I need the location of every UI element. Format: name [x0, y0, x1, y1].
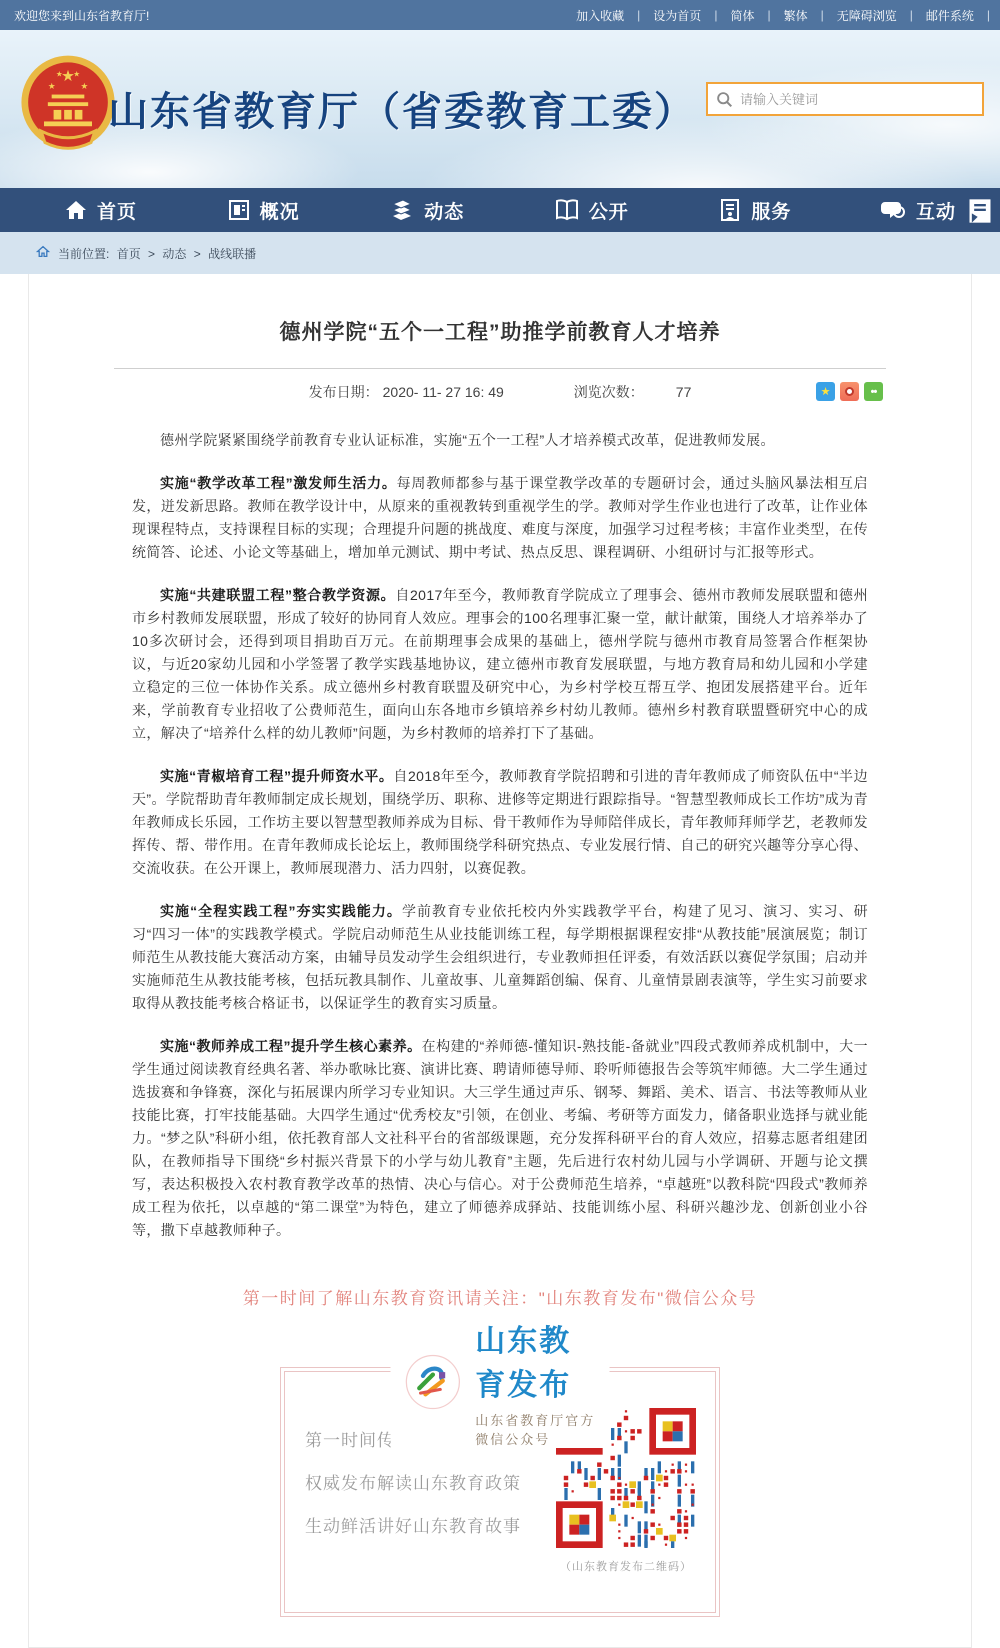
wechat-account-logo: 山东教育发布 山东省教育厅官方微信公众号: [391, 1316, 610, 1448]
promo-logo-subtitle: 山东省教育厅官方微信公众号: [475, 1410, 595, 1448]
promo-slogans: 第一时间传递山东教育资讯 权威发布解读山东教育政策 生动鲜活讲好山东教育故事: [305, 1426, 551, 1574]
paragraph: 实施“教学改革工程”激发师生活力。每周教师都参与基于课堂教学改革的专题研讨会，通…: [132, 472, 868, 564]
top-utility-bar: 欢迎您来到山东省教育厅! 加入收藏| 设为首页| 简体| 繁体| 无障碍浏览| …: [0, 0, 1000, 30]
paragraph: 实施“教师养成工程”提升学生核心素养。在构建的“养师德-懂知识-熟技能-备就业”…: [132, 1035, 868, 1242]
svg-text:★: ★: [56, 69, 63, 78]
share-buttons: ★ ••: [816, 382, 883, 401]
welcome-text: 欢迎您来到山东省教育厅!: [14, 7, 149, 24]
promo-headline: 第一时间了解山东教育资讯请关注："山东教育发布"微信公众号: [29, 1284, 971, 1309]
promo-box: 山东教育发布 山东省教育厅官方微信公众号 第一时间传递山东教育资讯 权威发布解读…: [280, 1367, 720, 1617]
nav-item-home[interactable]: 首页: [64, 197, 137, 224]
breadcrumb-home-icon: [36, 245, 50, 261]
simplified-chinese-link[interactable]: 简体: [717, 7, 767, 24]
svg-text:★: ★: [48, 81, 56, 91]
traditional-chinese-link[interactable]: 繁体: [771, 7, 821, 24]
breadcrumb-current[interactable]: 战线联播: [208, 247, 256, 261]
article-title: 德州学院“五个一工程”助推学前教育人才培养: [29, 316, 971, 346]
nav-item-open[interactable]: 公开: [554, 197, 629, 224]
svg-text:★: ★: [73, 69, 80, 78]
breadcrumb-home-link[interactable]: 首页: [117, 247, 141, 261]
site-title: 山东省教育厅（省委教育工委）: [108, 80, 696, 137]
home-icon: [64, 198, 88, 222]
overview-icon: [227, 198, 251, 222]
service-icon: [718, 198, 742, 222]
article-meta: 发布日期： 2020- 11- 27 16: 49 浏览次数： 77 ★ ••: [29, 369, 971, 415]
paragraph: 实施“全程实践工程”夯实实践能力。学前教育专业依托校内外实践教学平台，构建了见习…: [132, 900, 868, 1015]
content-area: 德州学院“五个一工程”助推学前教育人才培养 发布日期： 2020- 11- 27…: [28, 274, 972, 1648]
national-emblem-icon: ★ ★ ★ ★ ★: [20, 52, 116, 169]
breadcrumb-bar: 当前位置: 首页 > 动态 > 战线联播: [0, 232, 1000, 274]
paragraph: 德州学院紧紧围绕学前教育专业认证标准，实施“五个一工程”人才培养模式改革，促进教…: [132, 429, 868, 452]
promo-logo-title: 山东教育发布: [475, 1316, 595, 1404]
search-input[interactable]: [740, 92, 974, 107]
open-book-icon: [554, 198, 580, 222]
qzone-share-icon[interactable]: ★: [816, 382, 835, 401]
view-count: 浏览次数： 77: [574, 382, 692, 402]
site-header: ★ ★ ★ ★ ★ 山东省教育厅（省委教育工委）: [0, 30, 1000, 188]
paragraph: 实施“共建联盟工程”整合教学资源。自2017年至今，教师教育学院成立了理事会、德…: [132, 584, 868, 745]
shandong-edu-logo-icon: [405, 1336, 462, 1428]
wechat-promo-section: 第一时间了解山东教育资讯请关注："山东教育发布"微信公众号 山东教育发布 山东省…: [29, 1284, 971, 1647]
accessibility-link[interactable]: 无障碍浏览: [824, 7, 910, 24]
news-icon: [389, 198, 415, 222]
qr-caption: （山东教育发布二维码）: [551, 1558, 701, 1574]
nav-partial-document-icon[interactable]: [966, 197, 994, 230]
topbar-links: 加入收藏| 设为首页| 简体| 繁体| 无障碍浏览| 邮件系统|: [563, 7, 990, 24]
nav-item-interact[interactable]: 互动: [881, 197, 956, 224]
article-body: 德州学院紧紧围绕学前教育专业认证标准，实施“五个一工程”人才培养模式改革，促进教…: [29, 415, 971, 1242]
add-favorite-link[interactable]: 加入收藏: [563, 7, 637, 24]
weibo-share-icon[interactable]: [840, 382, 859, 401]
nav-item-news[interactable]: 动态: [389, 197, 464, 224]
set-homepage-link[interactable]: 设为首页: [640, 7, 714, 24]
breadcrumb-news-link[interactable]: 动态: [162, 247, 186, 261]
svg-text:★: ★: [80, 81, 88, 91]
search-box: [706, 82, 984, 116]
breadcrumb: 当前位置: 首页 > 动态 > 战线联播: [58, 245, 256, 262]
interact-icon: [881, 198, 907, 222]
paragraph: 实施“青椒培育工程”提升师资水平。自2018年至今，教师教育学院招聘和引进的青年…: [132, 765, 868, 880]
search-icon: [716, 91, 733, 108]
main-navigation: 首页 概况 动态 公开 服务: [0, 188, 1000, 232]
nav-item-service[interactable]: 服务: [718, 197, 791, 224]
wechat-share-icon[interactable]: ••: [864, 382, 883, 401]
nav-item-overview[interactable]: 概况: [227, 197, 300, 224]
publish-date: 发布日期： 2020- 11- 27 16: 49: [309, 382, 504, 402]
mail-system-link[interactable]: 邮件系统: [913, 7, 987, 24]
